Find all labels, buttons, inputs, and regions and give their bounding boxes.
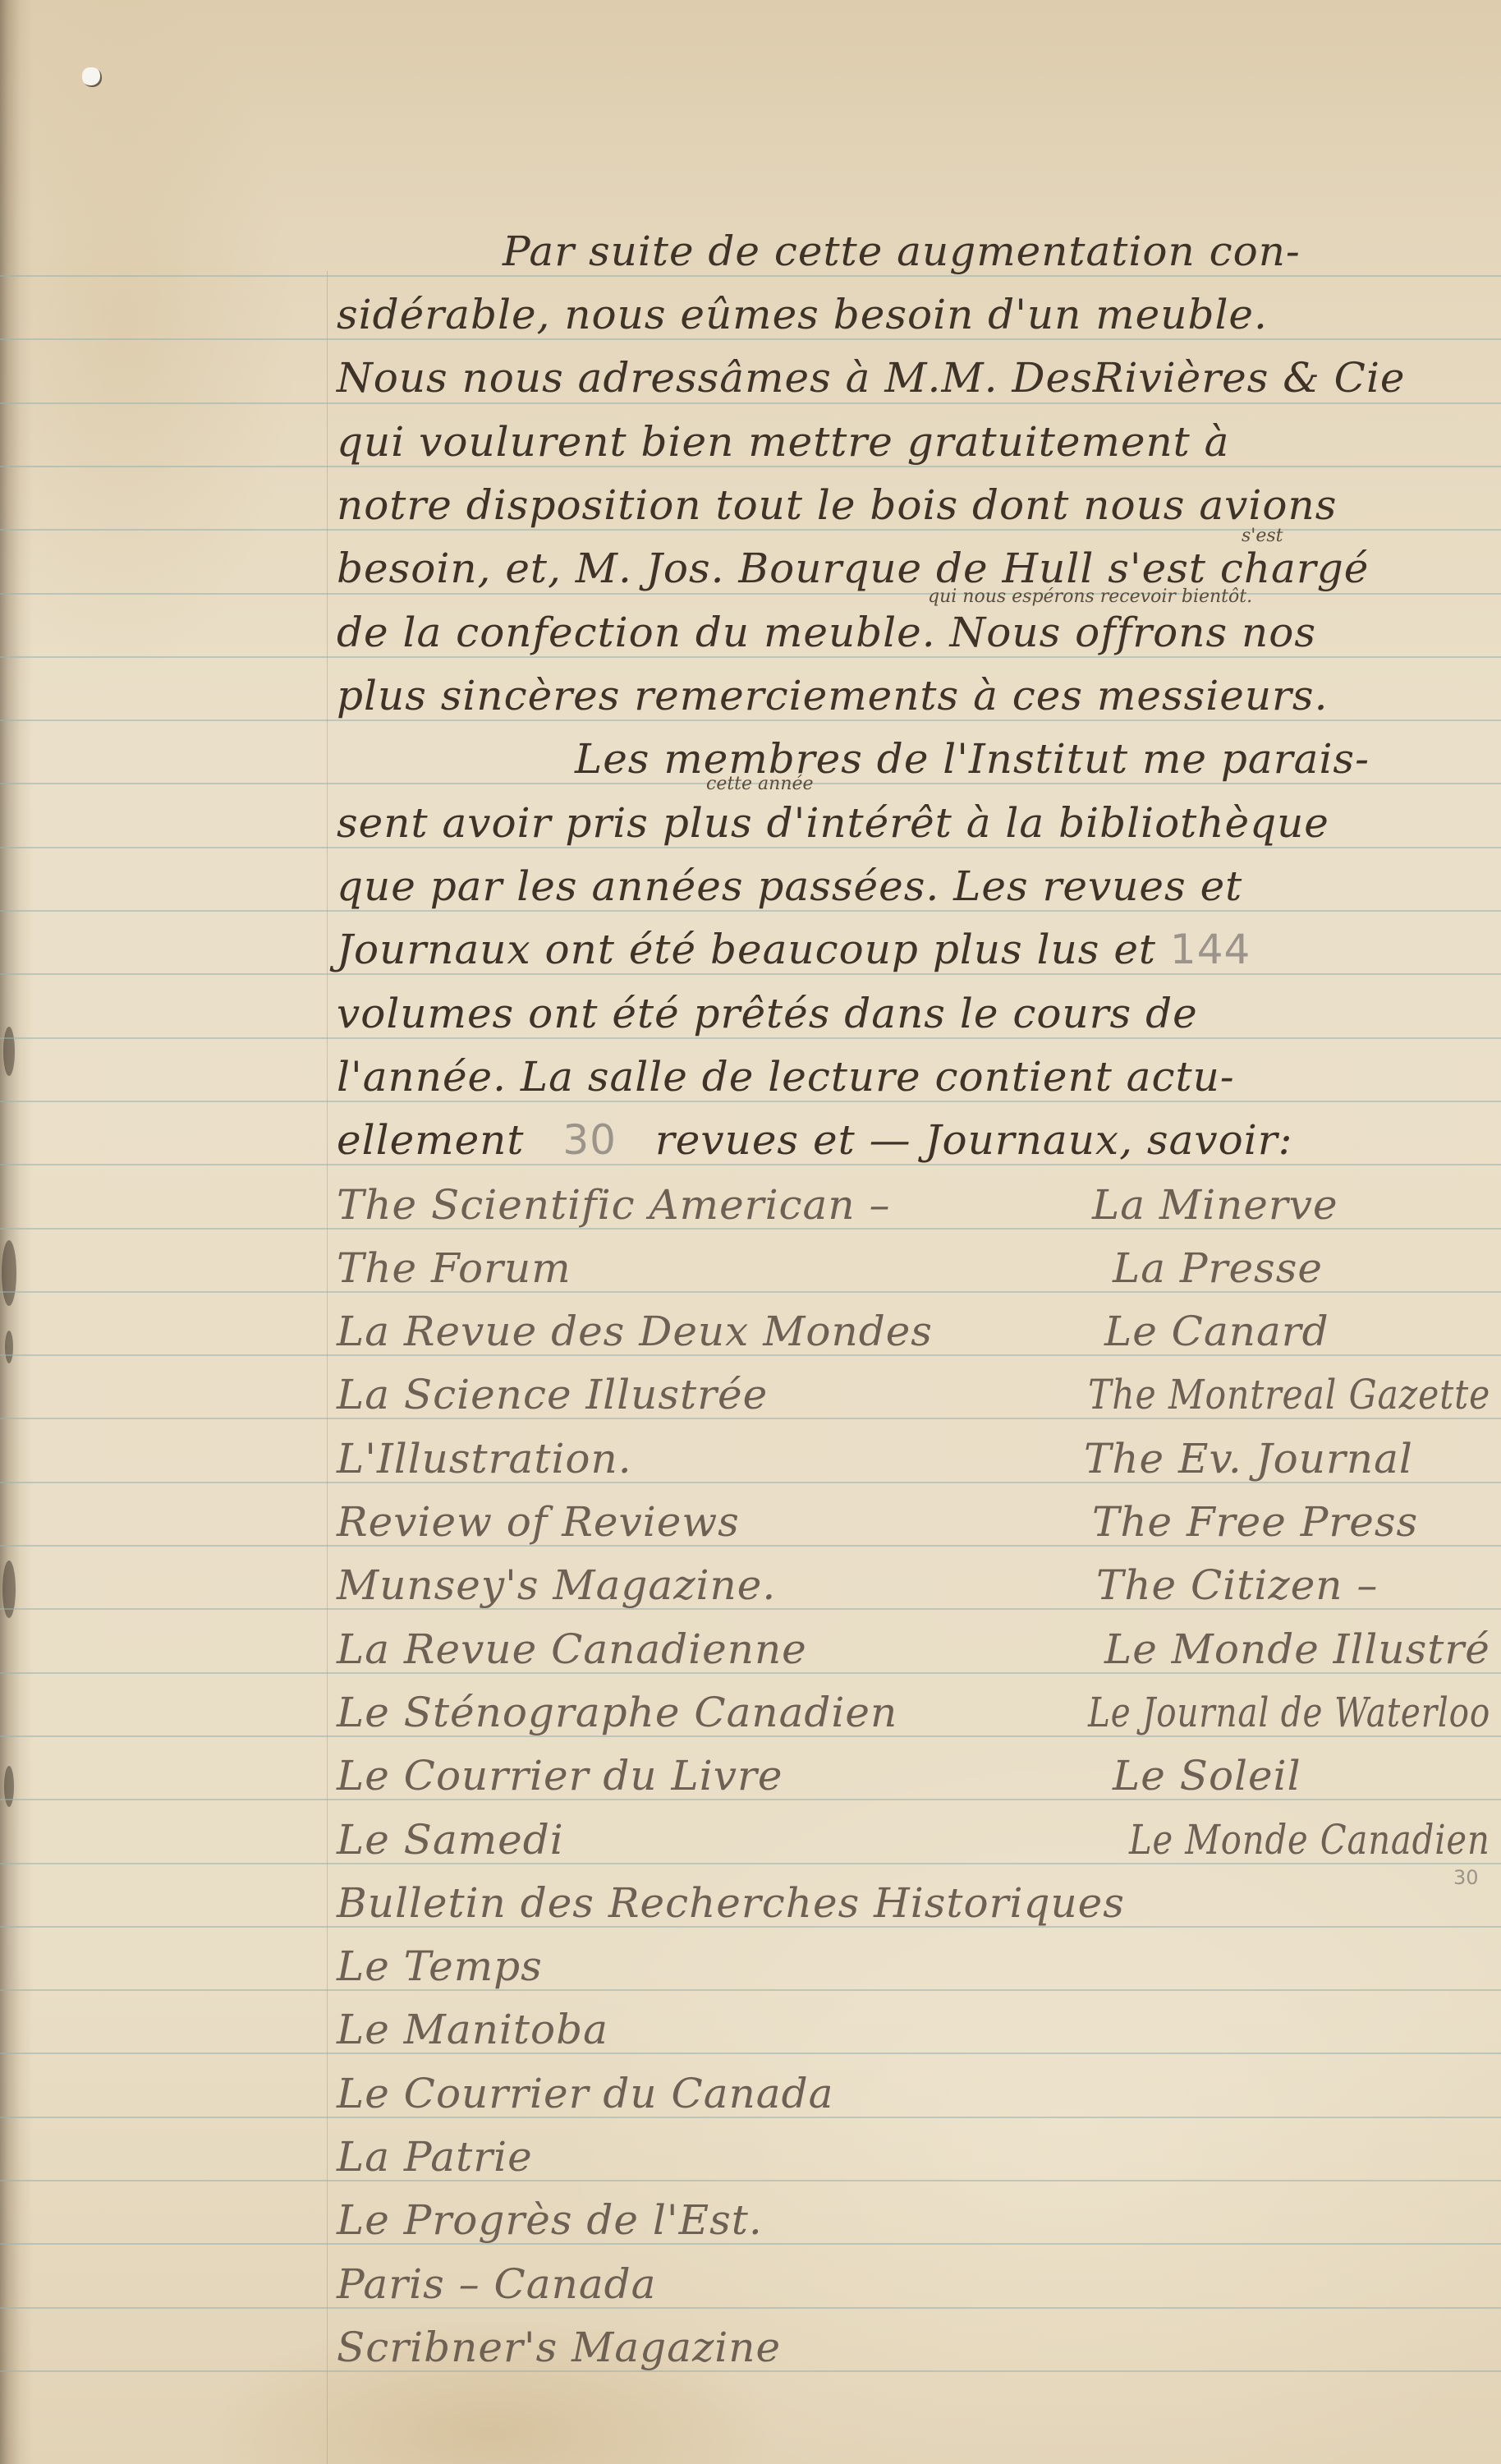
- text-line: de la confection du meuble. Nous offrons…: [337, 608, 1316, 657]
- torn-left-edge: [0, 0, 33, 2464]
- periodical-item: La Revue des Deux Mondes: [337, 1307, 933, 1356]
- periodical-item: L'Illustration.: [337, 1434, 632, 1483]
- periodical-item: Le Sténographe Canadien: [337, 1688, 897, 1737]
- periodical-item: Paris – Canada: [337, 2259, 656, 2309]
- periodical-item: Scribner's Magazine: [337, 2323, 781, 2372]
- text-line: ellement 30 revues et — Journaux, savoir…: [337, 1115, 1292, 1165]
- periodical-item: Le Temps: [337, 1942, 543, 1991]
- periodical-item: Le Monde Canadien: [1129, 1815, 1490, 1864]
- text-line: sidérable, nous eûmes besoin d'un meuble…: [337, 290, 1268, 339]
- text-line: Par suite de cette augmentation con-: [503, 227, 1301, 276]
- text-line: Nous nous adressâmes à M.M. DesRivières …: [337, 353, 1406, 402]
- periodical-item: La Science Illustrée: [337, 1370, 768, 1419]
- text-line: plus sincères remerciements à ces messie…: [337, 671, 1328, 720]
- ink-stain: [4, 1766, 14, 1807]
- periodical-item: Review of Reviews: [337, 1497, 740, 1547]
- text-line: qui voulurent bien mettre gratuitement à: [337, 417, 1229, 467]
- text-line: volumes ont été prêtés dans le cours de: [337, 989, 1198, 1038]
- text-line: Les membres de l'Institut me parais-: [575, 734, 1370, 784]
- periodical-item: Le Monde Illustré: [1104, 1625, 1490, 1674]
- ruled-line: [0, 2053, 1501, 2054]
- periodical-item: Le Journal de Waterloo: [1088, 1688, 1490, 1737]
- periodical-item: La Patrie: [337, 2132, 533, 2181]
- periodical-item: La Revue Canadienne: [337, 1625, 807, 1674]
- interlinear-insertion: qui nous espérons recevoir bientôt.: [928, 586, 1252, 608]
- margin-line: [327, 271, 328, 2464]
- periodical-item: Le Progrès de l'Est.: [337, 2195, 763, 2245]
- text-segment: Journaux ont été beaucoup plus lus et: [337, 926, 1156, 973]
- ruled-line: [0, 2307, 1501, 2309]
- insertion-above: s'est: [1242, 526, 1283, 547]
- periodical-count: 30: [562, 1116, 617, 1164]
- interlinear-insertion: cette année: [706, 774, 814, 795]
- text-line: que par les années passées. Les revues e…: [337, 862, 1242, 911]
- periodical-item: The Free Press: [1092, 1497, 1418, 1547]
- periodical-item: The Citizen –: [1096, 1561, 1378, 1610]
- periodical-item: La Minerve: [1092, 1180, 1338, 1230]
- periodical-item: La Presse: [1113, 1243, 1323, 1293]
- text-line: notre disposition tout le bois dont nous…: [337, 480, 1337, 530]
- periodical-item: Munsey's Magazine.: [337, 1561, 776, 1610]
- text-line: sent avoir pris plus d'intérêt à la bibl…: [337, 798, 1329, 848]
- text-segment: ellement: [337, 1116, 524, 1164]
- ruled-line: [0, 2180, 1501, 2181]
- total-count-note: 30: [1453, 1866, 1479, 1889]
- text-line: l'année. La salle de lecture contient ac…: [337, 1052, 1235, 1101]
- text-line: besoin, et, M. Jos. Bourque de Hull s'es…: [337, 544, 1369, 593]
- periodical-item: The Forum: [337, 1243, 571, 1293]
- periodical-item: Le Soleil: [1113, 1751, 1301, 1800]
- periodical-item: Le Canard: [1104, 1307, 1329, 1356]
- periodical-item: Le Courrier du Livre: [337, 1751, 783, 1800]
- ink-stain: [2, 1240, 16, 1306]
- periodical-item: Le Samedi: [337, 1815, 564, 1864]
- periodical-item: The Scientific American –: [337, 1180, 890, 1230]
- ink-stain: [5, 1331, 13, 1363]
- ink-stain: [3, 1027, 15, 1076]
- punch-hole: [82, 67, 102, 87]
- volumes-lent-count: 144: [1170, 926, 1251, 973]
- periodical-item: Bulletin des Recherches Historiques: [337, 1878, 1125, 1928]
- periodical-item: The Montreal Gazette: [1088, 1370, 1490, 1419]
- periodical-item: Le Courrier du Canada: [337, 2069, 833, 2118]
- text-line: Journaux ont été beaucoup plus lus et 14…: [337, 925, 1251, 974]
- periodical-item: Le Manitoba: [337, 2005, 608, 2054]
- ruled-line: [0, 1989, 1501, 1991]
- text-segment: revues et — Journaux, savoir:: [655, 1116, 1293, 1164]
- periodical-item: The Ev. Journal: [1084, 1434, 1413, 1483]
